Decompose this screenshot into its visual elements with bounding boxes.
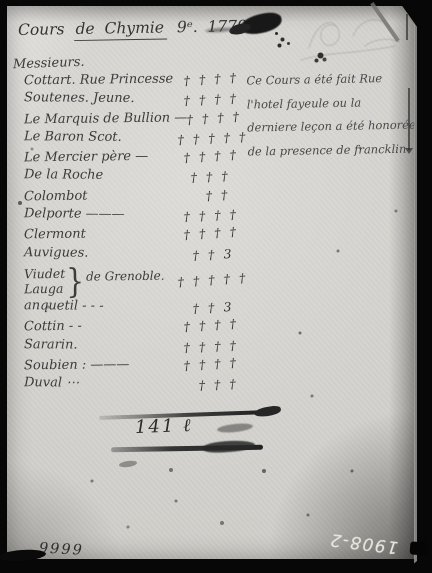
attendee-name: Cottart. Rue Princesse [24, 72, 173, 89]
attendance-list: Cottart. Rue Princesse † † † † Soutenes.… [24, 70, 250, 393]
list-item: Soutenes. Jeune. † † † † [24, 89, 250, 110]
plate-edge-bevel [414, 0, 417, 573]
list-item: Cottin - - † † † † [24, 315, 250, 337]
attendee-name: Le Mercier père — [24, 149, 148, 166]
tally-marks: † † † † [182, 315, 251, 334]
attendee-name: Lauga [24, 281, 65, 297]
attendee-name: Duval ⋯ [24, 376, 79, 391]
tally-marks: † † † [198, 376, 252, 393]
ink-spatter [275, 32, 278, 35]
note-line: l'hotel fayeule ou la [247, 90, 423, 117]
edge-notch [410, 541, 429, 555]
ink-smudge [253, 405, 281, 419]
ink-smudge [217, 422, 254, 434]
margin-note: Ce Cours a été fait Rue l'hotel fayeule … [246, 66, 424, 163]
attendee-name: Le Marquis de Bullion — [24, 110, 187, 127]
attendee-name: Cottin - - [24, 319, 82, 335]
list-item: De la Roche † † † [24, 166, 250, 187]
ink-smudge [119, 460, 138, 468]
tally-marks: † † † † † [177, 129, 251, 147]
tally-marks: † † 3 [192, 245, 251, 263]
attendee-name: anquetil - - - [24, 298, 104, 314]
clipped-corner [398, 0, 432, 48]
total-amount: 141 ℓ [135, 415, 193, 438]
list-item: Sararin. † † † † [24, 335, 250, 356]
plate-number: 1908-2 [328, 529, 399, 557]
list-item: Le Marquis de Bullion — † † † † [24, 107, 250, 129]
tally-marks: † † † † [182, 354, 251, 373]
edge-ink-mark [0, 548, 46, 562]
grouped-names: Viudet Lauga [24, 266, 66, 297]
list-item: Soubien : ——— † † † † [24, 353, 250, 375]
list-item: Le Baron Scot. † † † † † [24, 127, 250, 148]
note-line: derniere leçon a été honorée [247, 113, 423, 140]
note-line: de la presence de francklin [247, 137, 423, 164]
tally-marks: † † † † [182, 223, 251, 242]
list-item: Clermont † † † † [24, 223, 250, 245]
attendee-name: Soutenes. Jeune. [24, 91, 135, 107]
attendee-name: De la Roche [24, 168, 103, 184]
tally-marks: † † † † [186, 108, 255, 127]
list-item: Duval ⋯ † † † [24, 373, 250, 394]
manuscript-paper: Cours de Chymie 9ᵉ. 1779. Messieurs. Cot… [7, 6, 415, 559]
attendee-name: Delporte ——— [24, 206, 125, 222]
attendee-name: Colombot [24, 189, 88, 205]
attendee-name: Soubien : ——— [24, 357, 129, 373]
title-part2-underlined: de Chymie [74, 18, 167, 41]
list-item: Cottart. Rue Princesse † † † † [24, 69, 250, 91]
tally-marks: † † † † [182, 91, 251, 109]
list-item: anquetil - - - † † 3 [24, 296, 250, 317]
dust-specks [7, 6, 9, 8]
tally-marks: † † † † [182, 69, 251, 88]
tally-marks: † † [205, 185, 251, 203]
attendee-name: Sararin. [24, 337, 78, 352]
photo-frame: Cours de Chymie 9ᵉ. 1779. Messieurs. Cot… [0, 0, 432, 573]
title-part1: Cours [18, 20, 65, 39]
attendee-name: Le Baron Scot. [24, 129, 122, 145]
tally-marks: † † † † [182, 206, 251, 224]
list-item: Auvigues. † † 3 [24, 243, 250, 264]
attendee-name: Clermont [24, 227, 86, 243]
tally-marks: † † † † [182, 337, 251, 355]
ink-smudge [203, 439, 256, 454]
attendee-origin: de Grenoble. [86, 269, 165, 284]
ink-speck [169, 468, 173, 472]
tally-marks: † † † [190, 168, 252, 186]
list-item-grouped: Viudet Lauga } de Grenoble. † † † † † [24, 262, 250, 299]
attendee-name: Auvigues. [24, 245, 89, 260]
plate-scratch [408, 88, 410, 150]
tally-marks: † † 3 [192, 298, 251, 316]
list-item: Colombot † † [24, 184, 250, 206]
brace-mark: } [66, 261, 84, 301]
tally-marks: † † † † [182, 146, 251, 165]
note-line: Ce Cours a été fait Rue [246, 66, 422, 93]
tally-marks: † † † † † [177, 269, 251, 289]
attendee-name: Viudet [24, 266, 65, 282]
